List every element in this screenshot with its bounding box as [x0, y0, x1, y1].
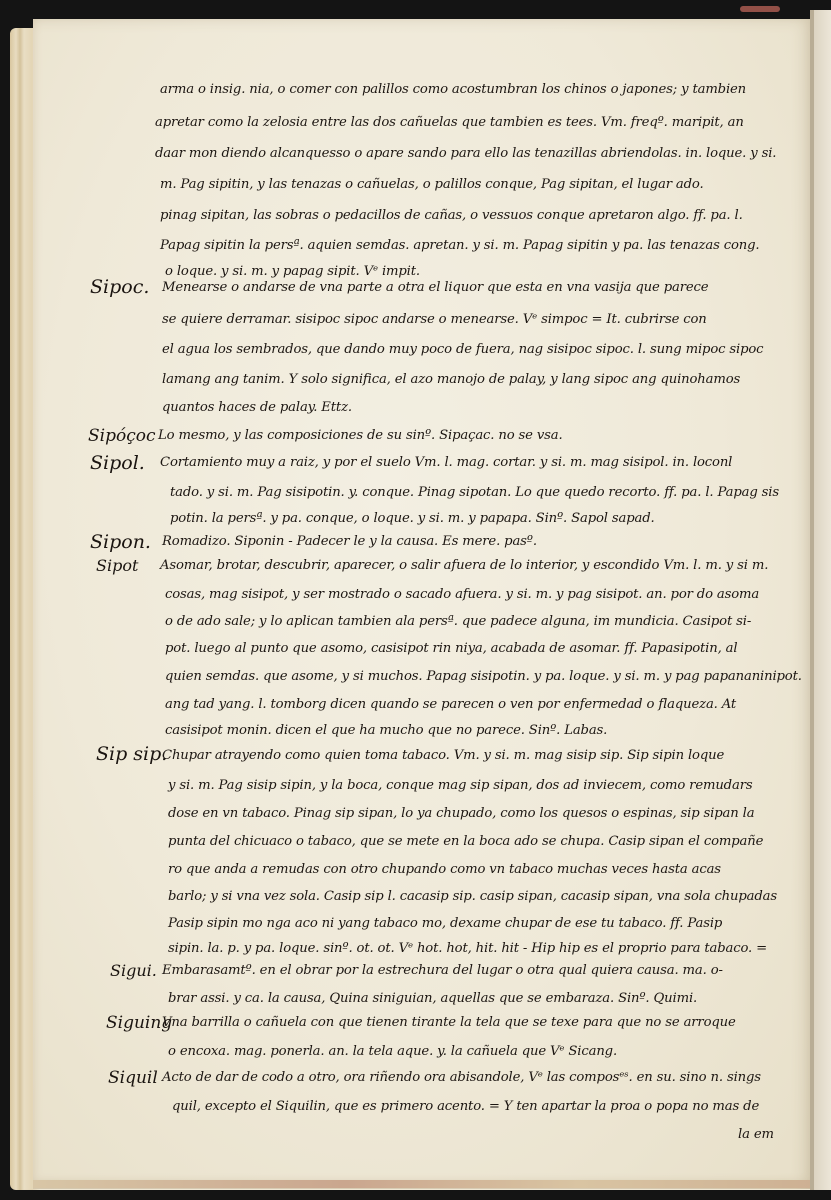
text-line: Papag sipitin la persª. aquien semdas. a…	[160, 238, 759, 253]
text-line: barlo; y si vna vez sola. Casip sip l. c…	[168, 889, 777, 904]
text-line: quantos haces de palay. Ettz.	[162, 400, 352, 415]
text-line: punta del chicuaco o tabaco, que se mete…	[168, 834, 763, 849]
text-line: daar mon diendo alcanquesso o apare sand…	[155, 146, 776, 161]
text-line: dose en vn tabaco. Pinag sip sipan, lo y…	[168, 806, 754, 821]
text-line: quien semdas. que asome, y si muchos. Pa…	[165, 669, 802, 684]
text-line: Lo mesmo, y las composiciones de su sinº…	[158, 428, 563, 443]
text-line: arma o insig. nia, o comer con palillos …	[160, 82, 746, 97]
text-line: o loque. y si. m. y papag sipit. Vᵉ impi…	[165, 264, 420, 279]
text-line: Chupar atrayendo como quien toma tabaco.…	[162, 748, 724, 763]
text-line: Asomar, brotar, descubrir, aparecer, o s…	[160, 558, 768, 573]
text-line: pot. luego al punto que asomo, casisipot…	[165, 641, 737, 656]
text-line: potin. la persª. y pa. conque, o loque. …	[170, 511, 655, 526]
text-line: o encoxa. mag. ponerla. an. la tela aque…	[168, 1044, 617, 1059]
text-line: ro que anda a remudas con otro chupando …	[168, 862, 721, 877]
headword: Sipóçoc	[88, 426, 155, 446]
text-line: ang tad yang. l. tomborg dicen quando se…	[165, 697, 736, 712]
text-line: o de ado sale; y lo aplican tambien ala …	[165, 614, 751, 629]
text-line: se quiere derramar. sisipoc sipoc andars…	[162, 312, 707, 327]
manuscript-text: arma o insig. nia, o comer con palillos …	[0, 0, 831, 1200]
text-line: Vna barrilla o cañuela con que tienen ti…	[162, 1015, 736, 1030]
text-line: y si. m. Pag sisip sipin, y la boca, con…	[168, 778, 752, 793]
headword: Sigui.	[110, 961, 157, 980]
text-line: pinag sipitan, las sobras o pedacillos d…	[160, 208, 743, 223]
headword: Sipol.	[90, 452, 145, 474]
text-line: el agua los sembrados, que dando muy poc…	[162, 342, 763, 357]
text-line: casisipot monin. dicen el que ha mucho q…	[165, 723, 607, 738]
headword: Sipot	[96, 556, 138, 575]
text-line: cosas, mag sisipot, y ser mostrado o sac…	[165, 587, 759, 602]
text-line: Romadizo. Siponin - Padecer le y la caus…	[162, 534, 537, 549]
text-line: apretar como la zelosia entre las dos ca…	[155, 115, 744, 130]
text-line: Pasip sipin mo nga aco ni yang tabaco mo…	[168, 916, 722, 931]
headword: Siquil	[108, 1068, 158, 1088]
text-line: Acto de dar de codo a otro, ora riñendo …	[162, 1070, 761, 1085]
text-line: Cortamiento muy a raiz, y por el suelo V…	[160, 455, 732, 470]
headword: Sipon.	[90, 531, 151, 553]
text-line: lamang ang tanim. Y solo significa, el a…	[162, 372, 740, 387]
text-line: quil, excepto el Siquilin, que es primer…	[172, 1099, 759, 1114]
text-line: sipin. la. p. y pa. loque. sinº. ot. ot.…	[168, 941, 767, 956]
text-line: Menearse o andarse de vna parte a otra e…	[162, 280, 708, 295]
text-line: brar assi. y ca. la causa, Quina sinigui…	[168, 991, 697, 1006]
headword: Sipoc.	[90, 276, 149, 298]
catchword: la em	[738, 1127, 774, 1142]
text-line: m. Pag sipitin, y las tenazas o cañuelas…	[160, 177, 704, 192]
headword: Sip sip.	[96, 743, 167, 765]
text-line: Embarasamtº. en el obrar por la estrechu…	[162, 963, 723, 978]
text-line: tado. y si. m. Pag sisipotin. y. conque.…	[170, 485, 779, 500]
